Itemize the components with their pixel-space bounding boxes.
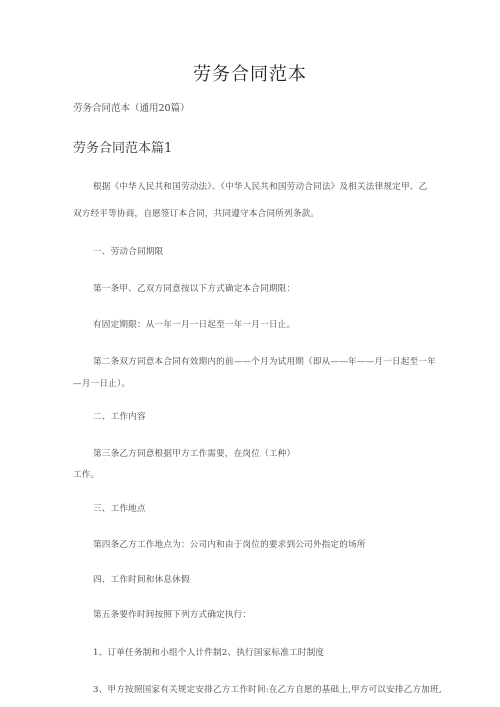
document-title: 劳务合同范本 [0, 60, 500, 86]
paragraph-line: 第五条要作时间按照下列方式确定执行： [93, 608, 251, 620]
document-subtitle: 劳务合同范本（通用20篇） [73, 100, 190, 114]
clause-heading: 二、工作内容 [93, 410, 146, 422]
paragraph-line: 第二条双方同意本合同有效期内的前——个月为试用期（即从——年——月一日起至一年 [93, 355, 436, 367]
paragraph-line: 有固定期限：从一年一月一日起至一年一月一日止。 [93, 318, 295, 330]
paragraph-line: 1、订单任务制和小组个人计件制2、执行国家标准工时制度 [93, 646, 324, 658]
paragraph-line: —月一日止）。 [73, 377, 130, 389]
section-heading: 劳务合同范本篇1 [73, 137, 172, 156]
document-page: 劳务合同范本 劳务合同范本（通用20篇） 劳务合同范本篇1 根据《中华人民共和国… [0, 0, 500, 707]
paragraph-line: 第一条甲、乙双方同意按以下方式确定本合同期限： [93, 282, 295, 294]
clause-heading: 四、工作时间和休息休假 [93, 573, 190, 585]
paragraph-line: 第三条乙方同意根据甲方工作需要，在岗位（工种） [93, 447, 295, 459]
paragraph-line: 双方经平等协商，自愿签订本合同，共同遵守本合同所列条款。 [73, 207, 319, 219]
clause-heading: 一、劳动合同期限 [93, 245, 163, 257]
paragraph-line: 根据《中华人民共和国劳动法》、《中华人民共和国劳动合同法》及相关法律规定甲、乙 [93, 180, 427, 192]
paragraph-line: 工作。 [73, 468, 99, 480]
paragraph-line: 第四条乙方工作地点为：公司内和由于岗位的要求到公司外指定的场所 [93, 538, 366, 550]
clause-heading: 三、工作地点 [93, 502, 146, 514]
paragraph-line: 3、甲方按照国家有关规定安排乙方工作时间:在乙方自愿的基础上,甲方可以安排乙方加… [93, 683, 442, 695]
